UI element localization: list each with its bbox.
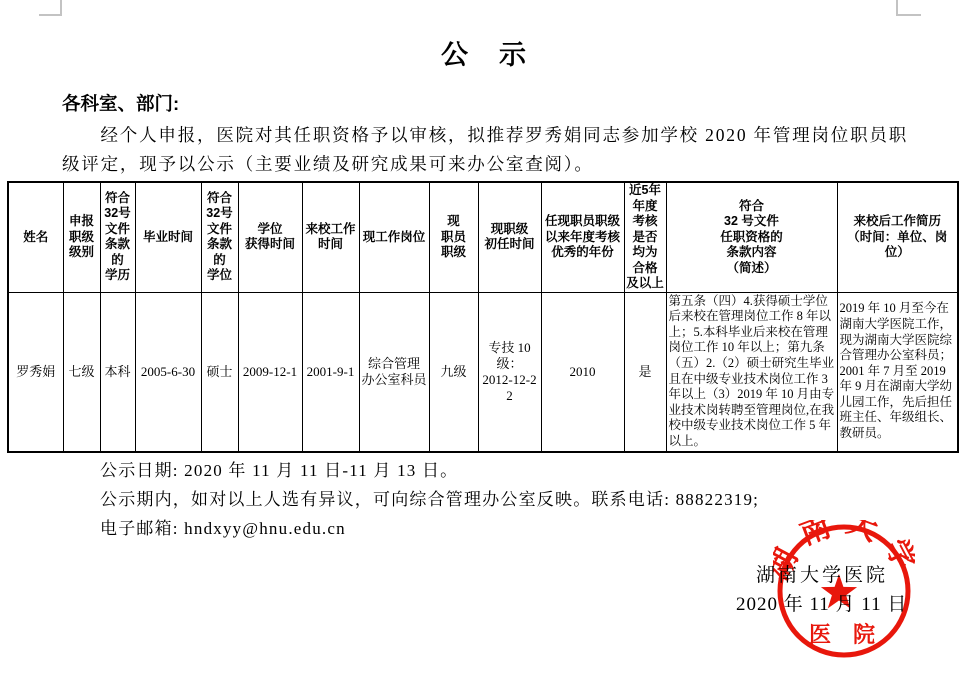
- seal-bottom-text: 医 院: [809, 622, 883, 647]
- cell-degree-date: 2009-12-1: [238, 292, 302, 452]
- cell-join-date: 2001-9-1: [302, 292, 359, 452]
- cell-name: 罗秀娟: [8, 292, 63, 452]
- publicity-date-line: 公示日期: 2020 年 11 月 11 日-11 月 13 日。: [100, 456, 458, 481]
- header-rank-start-date: 现职级 初任时间: [478, 182, 541, 292]
- objection-contact-line: 公示期内，如对以上人选有异议，可向综合管理办公室反映。联系电话: 8882231…: [100, 485, 759, 510]
- header-work-resume: 来校后工作简历 （时间：单位、岗位）: [837, 182, 958, 292]
- header-name: 姓名: [8, 182, 63, 292]
- cell-excellent-years: 2010: [541, 292, 624, 452]
- cell-current-rank: 九级: [429, 292, 478, 452]
- salutation: 各科室、部门:: [62, 90, 179, 116]
- header-qualified-degree: 符合 32号 文件 条款 的 学位: [201, 182, 238, 292]
- cell-qualification-clauses: 第五条（四）4.获得硕士学位后来校在管理岗位工作 8 年以上；5.本科毕业后来校…: [666, 292, 837, 452]
- header-degree-date: 学位 获得时间: [238, 182, 302, 292]
- page-corner-mark-right: [896, 0, 921, 16]
- header-current-rank: 现 职员 职级: [429, 182, 478, 292]
- seal-ring-text: 湖南大学: [773, 520, 915, 586]
- official-seal: 湖南大学 医 院: [773, 520, 915, 662]
- cell-work-resume: 2019 年 10 月至今在湖南大学医院工作，现为湖南大学医院综合管理办公室科员…: [837, 292, 958, 452]
- header-excellent-years: 任现职员职级 以来年度考核 优秀的年份: [541, 182, 624, 292]
- cell-applied-rank: 七级: [63, 292, 100, 452]
- header-graduation-date: 毕业时间: [135, 182, 201, 292]
- document-page: 公 示 各科室、部门: 经个人申报，医院对其任职资格予以审核，拟推荐罗秀娟同志参…: [0, 0, 969, 687]
- page-corner-mark-left: [39, 0, 62, 16]
- announcement-table: 姓名 申报 职级 级别 符合 32号 文件 条款 的 学历 毕业时间 符合 32…: [7, 181, 959, 453]
- cell-assessment-pass: 是: [624, 292, 666, 452]
- cell-graduation-date: 2005-6-30: [135, 292, 201, 452]
- table-row: 罗秀娟 七级 本科 2005-6-30 硕士 2009-12-1 2001-9-…: [8, 292, 958, 452]
- header-join-date: 来校工作 时间: [302, 182, 359, 292]
- table-header-row: 姓名 申报 职级 级别 符合 32号 文件 条款 的 学历 毕业时间 符合 32…: [8, 182, 958, 292]
- header-qualification-clauses: 符合 32 号文件 任职资格的 条款内容 （简述）: [666, 182, 837, 292]
- star-icon: [821, 574, 857, 608]
- header-applied-rank: 申报 职级 级别: [63, 182, 100, 292]
- cell-qualified-degree: 硕士: [201, 292, 238, 452]
- header-current-post: 现工作岗位: [359, 182, 429, 292]
- cell-current-post: 综合管理 办公室科员: [359, 292, 429, 452]
- page-title: 公 示: [0, 33, 969, 72]
- cell-rank-start-date: 专技 10 级： 2012-12-22: [478, 292, 541, 452]
- email-line: 电子邮箱: hndxyy@hnu.edu.cn: [100, 514, 346, 539]
- header-qualified-education: 符合 32号 文件 条款 的 学历: [100, 182, 135, 292]
- intro-paragraph: 经个人申报，医院对其任职资格予以审核，拟推荐罗秀娟同志参加学校 2020 年管理…: [62, 121, 908, 179]
- header-assessment-pass: 近5年 年度 考核 是否 均为 合格 及以上: [624, 182, 666, 292]
- cell-qualified-education: 本科: [100, 292, 135, 452]
- svg-text:湖南大学: 湖南大学: [773, 520, 915, 586]
